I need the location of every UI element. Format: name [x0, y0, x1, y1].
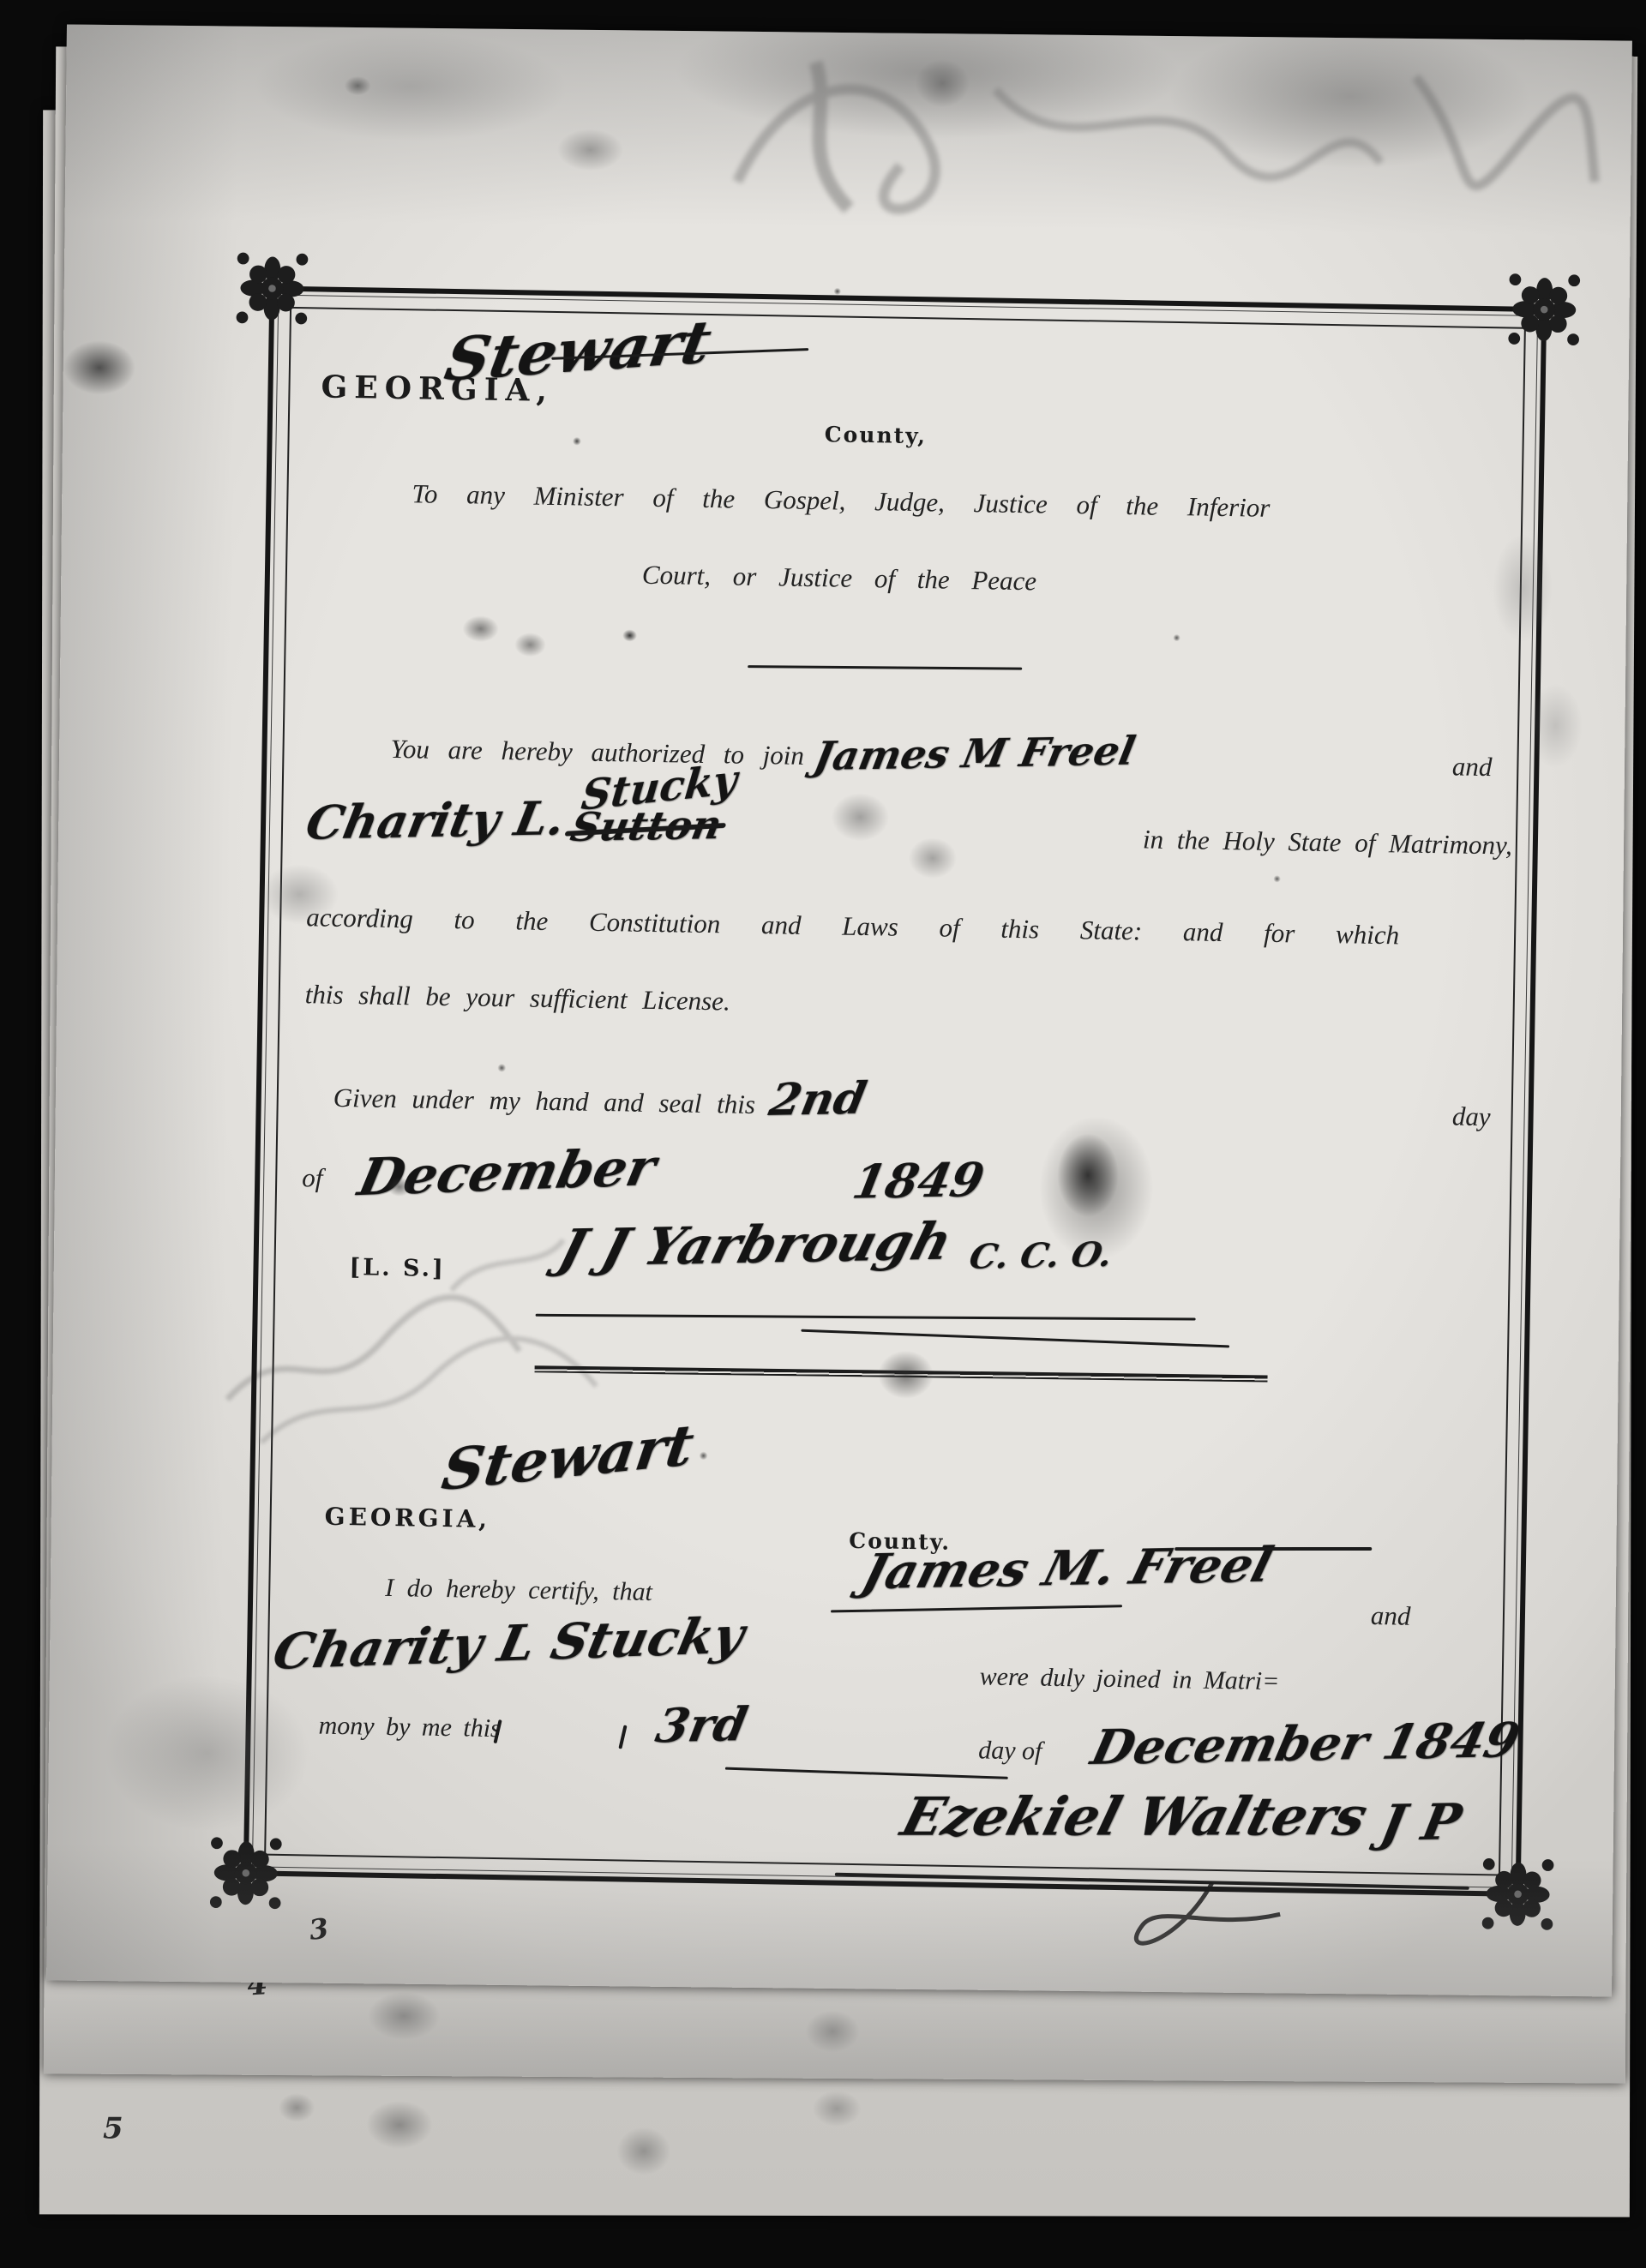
page-number-5: 5 — [103, 2112, 123, 2146]
date-line: of December 1849 — [302, 1139, 984, 1210]
day-ordinal-handwritten: 2nd — [766, 1072, 871, 1126]
pen-stroke — [1174, 1547, 1372, 1551]
bride-given-handwritten: Charity L. — [302, 790, 570, 849]
page-number-3: 3 — [307, 1911, 330, 1947]
month-year-handwritten-return: December 1849 — [1086, 1712, 1525, 1776]
year-handwritten: 1849 — [849, 1152, 989, 1209]
day-of-text: day of — [978, 1736, 1042, 1766]
of-word: of — [302, 1162, 323, 1193]
ghost-ink-bleedthrough — [711, 35, 1613, 263]
groom-name-handwritten: James M Freel — [810, 728, 1139, 780]
corner-rosette-icon — [1507, 272, 1582, 346]
month-handwritten: December — [353, 1137, 661, 1208]
paper-sheet-top: GEORGIA, Stewart County, To any Minister… — [46, 25, 1632, 1997]
groom-name-handwritten-return: James M. Freel — [856, 1537, 1279, 1600]
mony-text: mony by me this — [318, 1712, 501, 1744]
certificate-border-frame: GEORGIA, Stewart County, To any Minister… — [243, 285, 1547, 1896]
bride-surname-correction: Sutton Stucky — [572, 801, 721, 850]
signature-tail-flourish — [1082, 1876, 1341, 1983]
matrimony-text: in the Holy State of Matrimony, — [1143, 824, 1512, 861]
seal-notation: [L. S.] — [349, 1254, 446, 1282]
officiant-signature-line: Ezekiel Walters J P — [904, 1781, 1460, 1853]
authorize-text: You are hereby authorized to join — [390, 734, 804, 771]
day-word: day — [1452, 1101, 1491, 1132]
clerk-title-handwritten: C. C. O. — [966, 1234, 1116, 1277]
clerk-signature-handwritten: J J Yarbrough — [552, 1212, 958, 1279]
state-label-return: GEORGIA, — [324, 1503, 490, 1533]
officiant-signature-handwritten: Ezekiel Walters — [895, 1785, 1374, 1847]
addressee-line-2: Court, or Justice of the Peace — [642, 560, 1037, 597]
corner-rosette-icon — [235, 251, 309, 326]
clerk-signature-line: J J Yarbrough C. C. O. — [562, 1212, 1111, 1281]
corner-rosette-icon — [208, 1836, 283, 1911]
and-word: and — [1452, 751, 1493, 783]
county-label-license: County, — [824, 422, 927, 448]
given-text: Given under my hand and seal this — [333, 1083, 756, 1120]
day-ordinal-handwritten-return: 3rd — [652, 1696, 752, 1753]
corner-rosette-icon — [1481, 1857, 1555, 1931]
joined-text: were duly joined in Matri= — [979, 1662, 1279, 1696]
officiant-suffix-handwritten: J P — [1376, 1792, 1466, 1851]
certify-text: I do hereby certify, that — [385, 1574, 652, 1607]
and-word-return: and — [1371, 1600, 1411, 1632]
